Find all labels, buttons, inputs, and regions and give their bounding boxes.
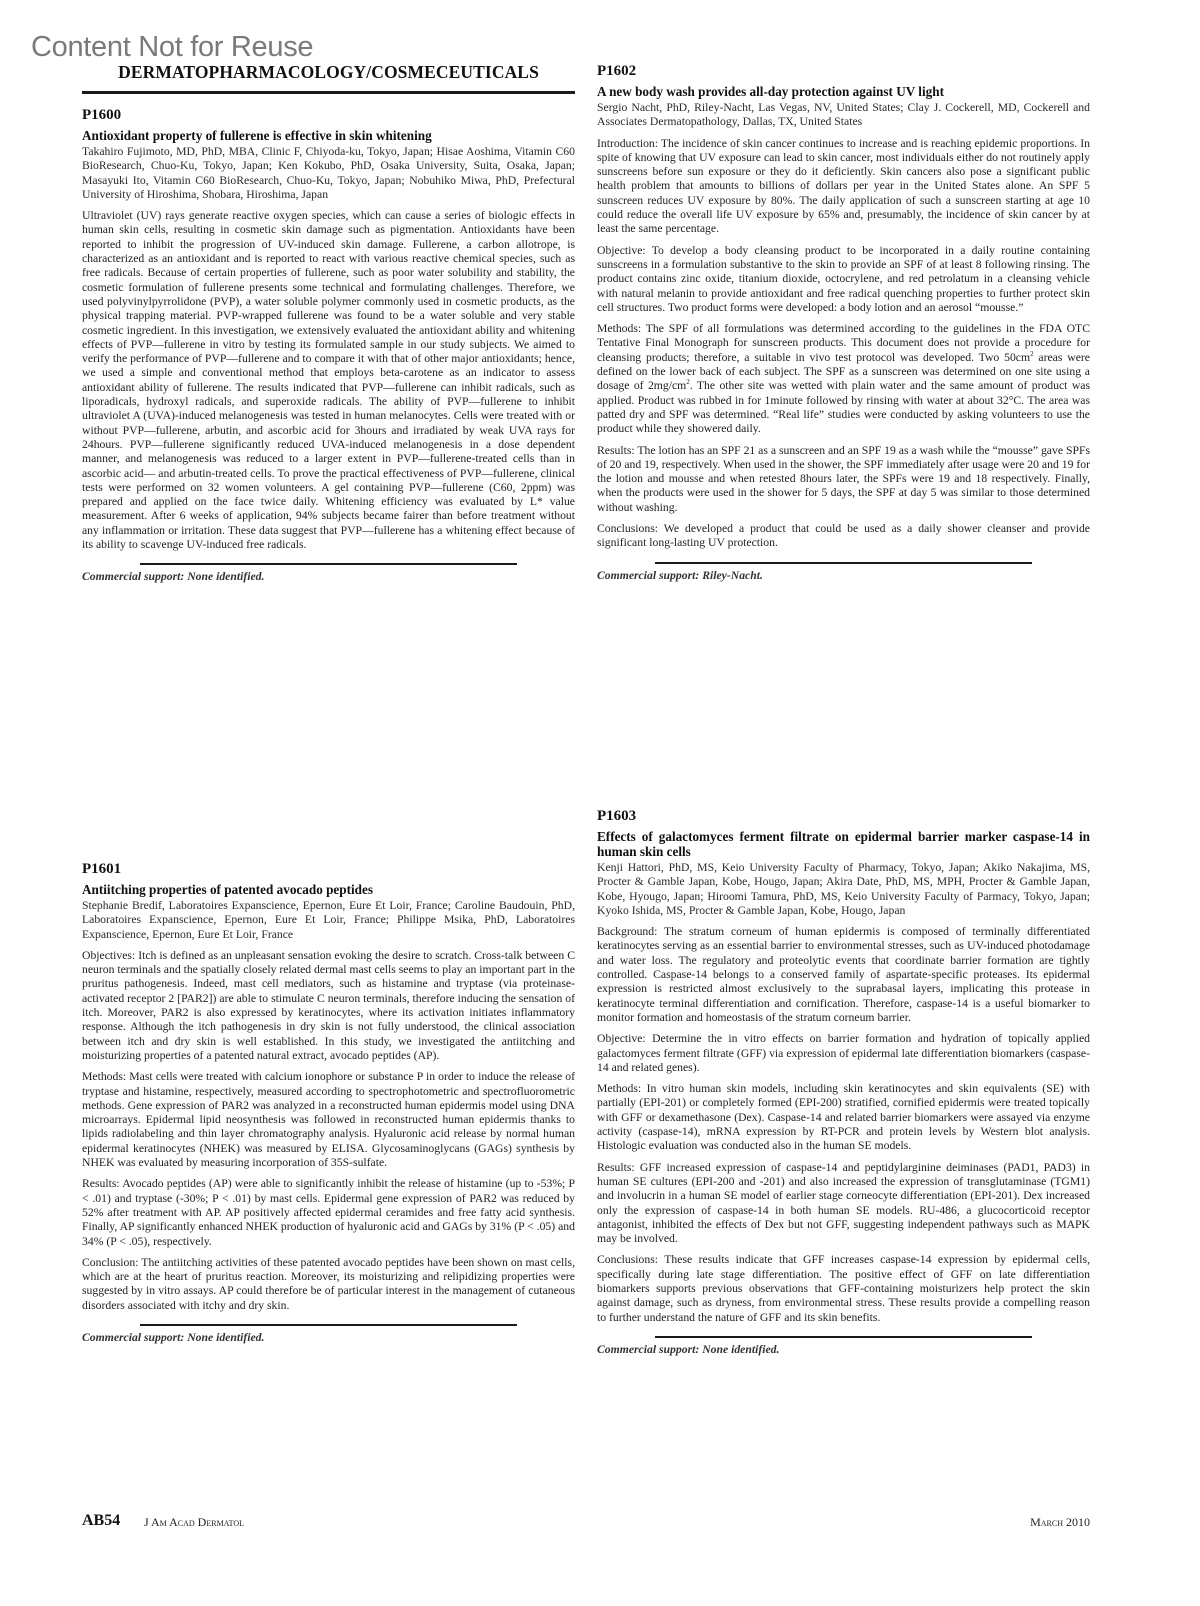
issue-date: March 2010 [1030,1515,1090,1530]
commercial-support: Commercial support: Riley-Nacht. [597,569,1090,583]
abstract-p1603: P1603 Effects of galactomyces ferment fi… [597,807,1090,1357]
abstract-introduction: Introduction: The incidence of skin canc… [597,137,1090,237]
abstract-id: P1602 [597,62,1090,80]
abstract-conclusion: Conclusion: The antiitching activities o… [82,1256,575,1313]
abstract-methods: Methods: Mast cells were treated with ca… [82,1070,575,1170]
abstract-results: Results: GFF increased expression of cas… [597,1161,1090,1247]
abstract-background: Background: The stratum corneum of human… [597,925,1090,1025]
watermark-text: Content Not for Reuse [31,30,313,64]
section-header: DERMATOPHARMACOLOGY/COSMECEUTICALS [82,62,575,83]
abstract-p1602: P1602 A new body wash provides all-day p… [597,62,1090,583]
abstract-authors: Takahiro Fujimoto, MD, PhD, MBA, Clinic … [82,145,575,202]
abstract-objective: Objective: To develop a body cleansing p… [597,244,1090,315]
abstract-title: Antioxidant property of fullerene is eff… [82,128,575,143]
abstract-authors: Kenji Hattori, PhD, MS, Keio University … [597,861,1090,918]
abstract-id: P1603 [597,807,1090,825]
support-divider [655,562,1032,564]
section-header-rule [82,91,575,94]
journal-name: J Am Acad Dermatol [144,1515,244,1530]
abstract-title: Antiitching properties of patented avoca… [82,882,575,897]
abstract-id: P1600 [82,106,575,124]
abstract-authors: Sergio Nacht, PhD, Riley-Nacht, Las Vega… [597,101,1090,130]
support-divider [655,1336,1032,1338]
abstract-methods: Methods: In vitro human skin models, inc… [597,1082,1090,1153]
support-divider [140,1324,517,1326]
abstract-conclusions: Conclusions: These results indicate that… [597,1253,1090,1324]
abstract-p1600: P1600 Antioxidant property of fullerene … [82,106,575,584]
abstract-p1601: P1601 Antiitching properties of patented… [82,860,575,1345]
abstract-id: P1601 [82,860,575,878]
abstract-results: Results: The lotion has an SPF 21 as a s… [597,444,1090,515]
abstract-conclusions: Conclusions: We developed a product that… [597,522,1090,551]
support-divider [140,563,517,565]
abstract-methods: Methods: The SPF of all formulations was… [597,322,1090,436]
commercial-support: Commercial support: None identified. [82,570,575,584]
page-number: AB54 [82,1512,120,1530]
commercial-support: Commercial support: None identified. [82,1331,575,1345]
abstract-objectives: Objectives: Itch is defined as an unplea… [82,949,575,1063]
abstract-authors: Stephanie Bredif, Laboratoires Expanscie… [82,899,575,942]
abstract-title: Effects of galactomyces ferment filtrate… [597,829,1090,859]
abstract-objective: Objective: Determine the in vitro effect… [597,1032,1090,1075]
abstract-body: Ultraviolet (UV) rays generate reactive … [82,209,575,552]
abstract-results: Results: Avocado peptides (AP) were able… [82,1177,575,1248]
commercial-support: Commercial support: None identified. [597,1343,1090,1357]
page-footer: AB54 J Am Acad Dermatol March 2010 [82,1512,1090,1532]
methods-text-part1: Methods: The SPF of all formulations was… [597,322,1090,364]
abstract-title: A new body wash provides all-day protect… [597,84,1090,99]
